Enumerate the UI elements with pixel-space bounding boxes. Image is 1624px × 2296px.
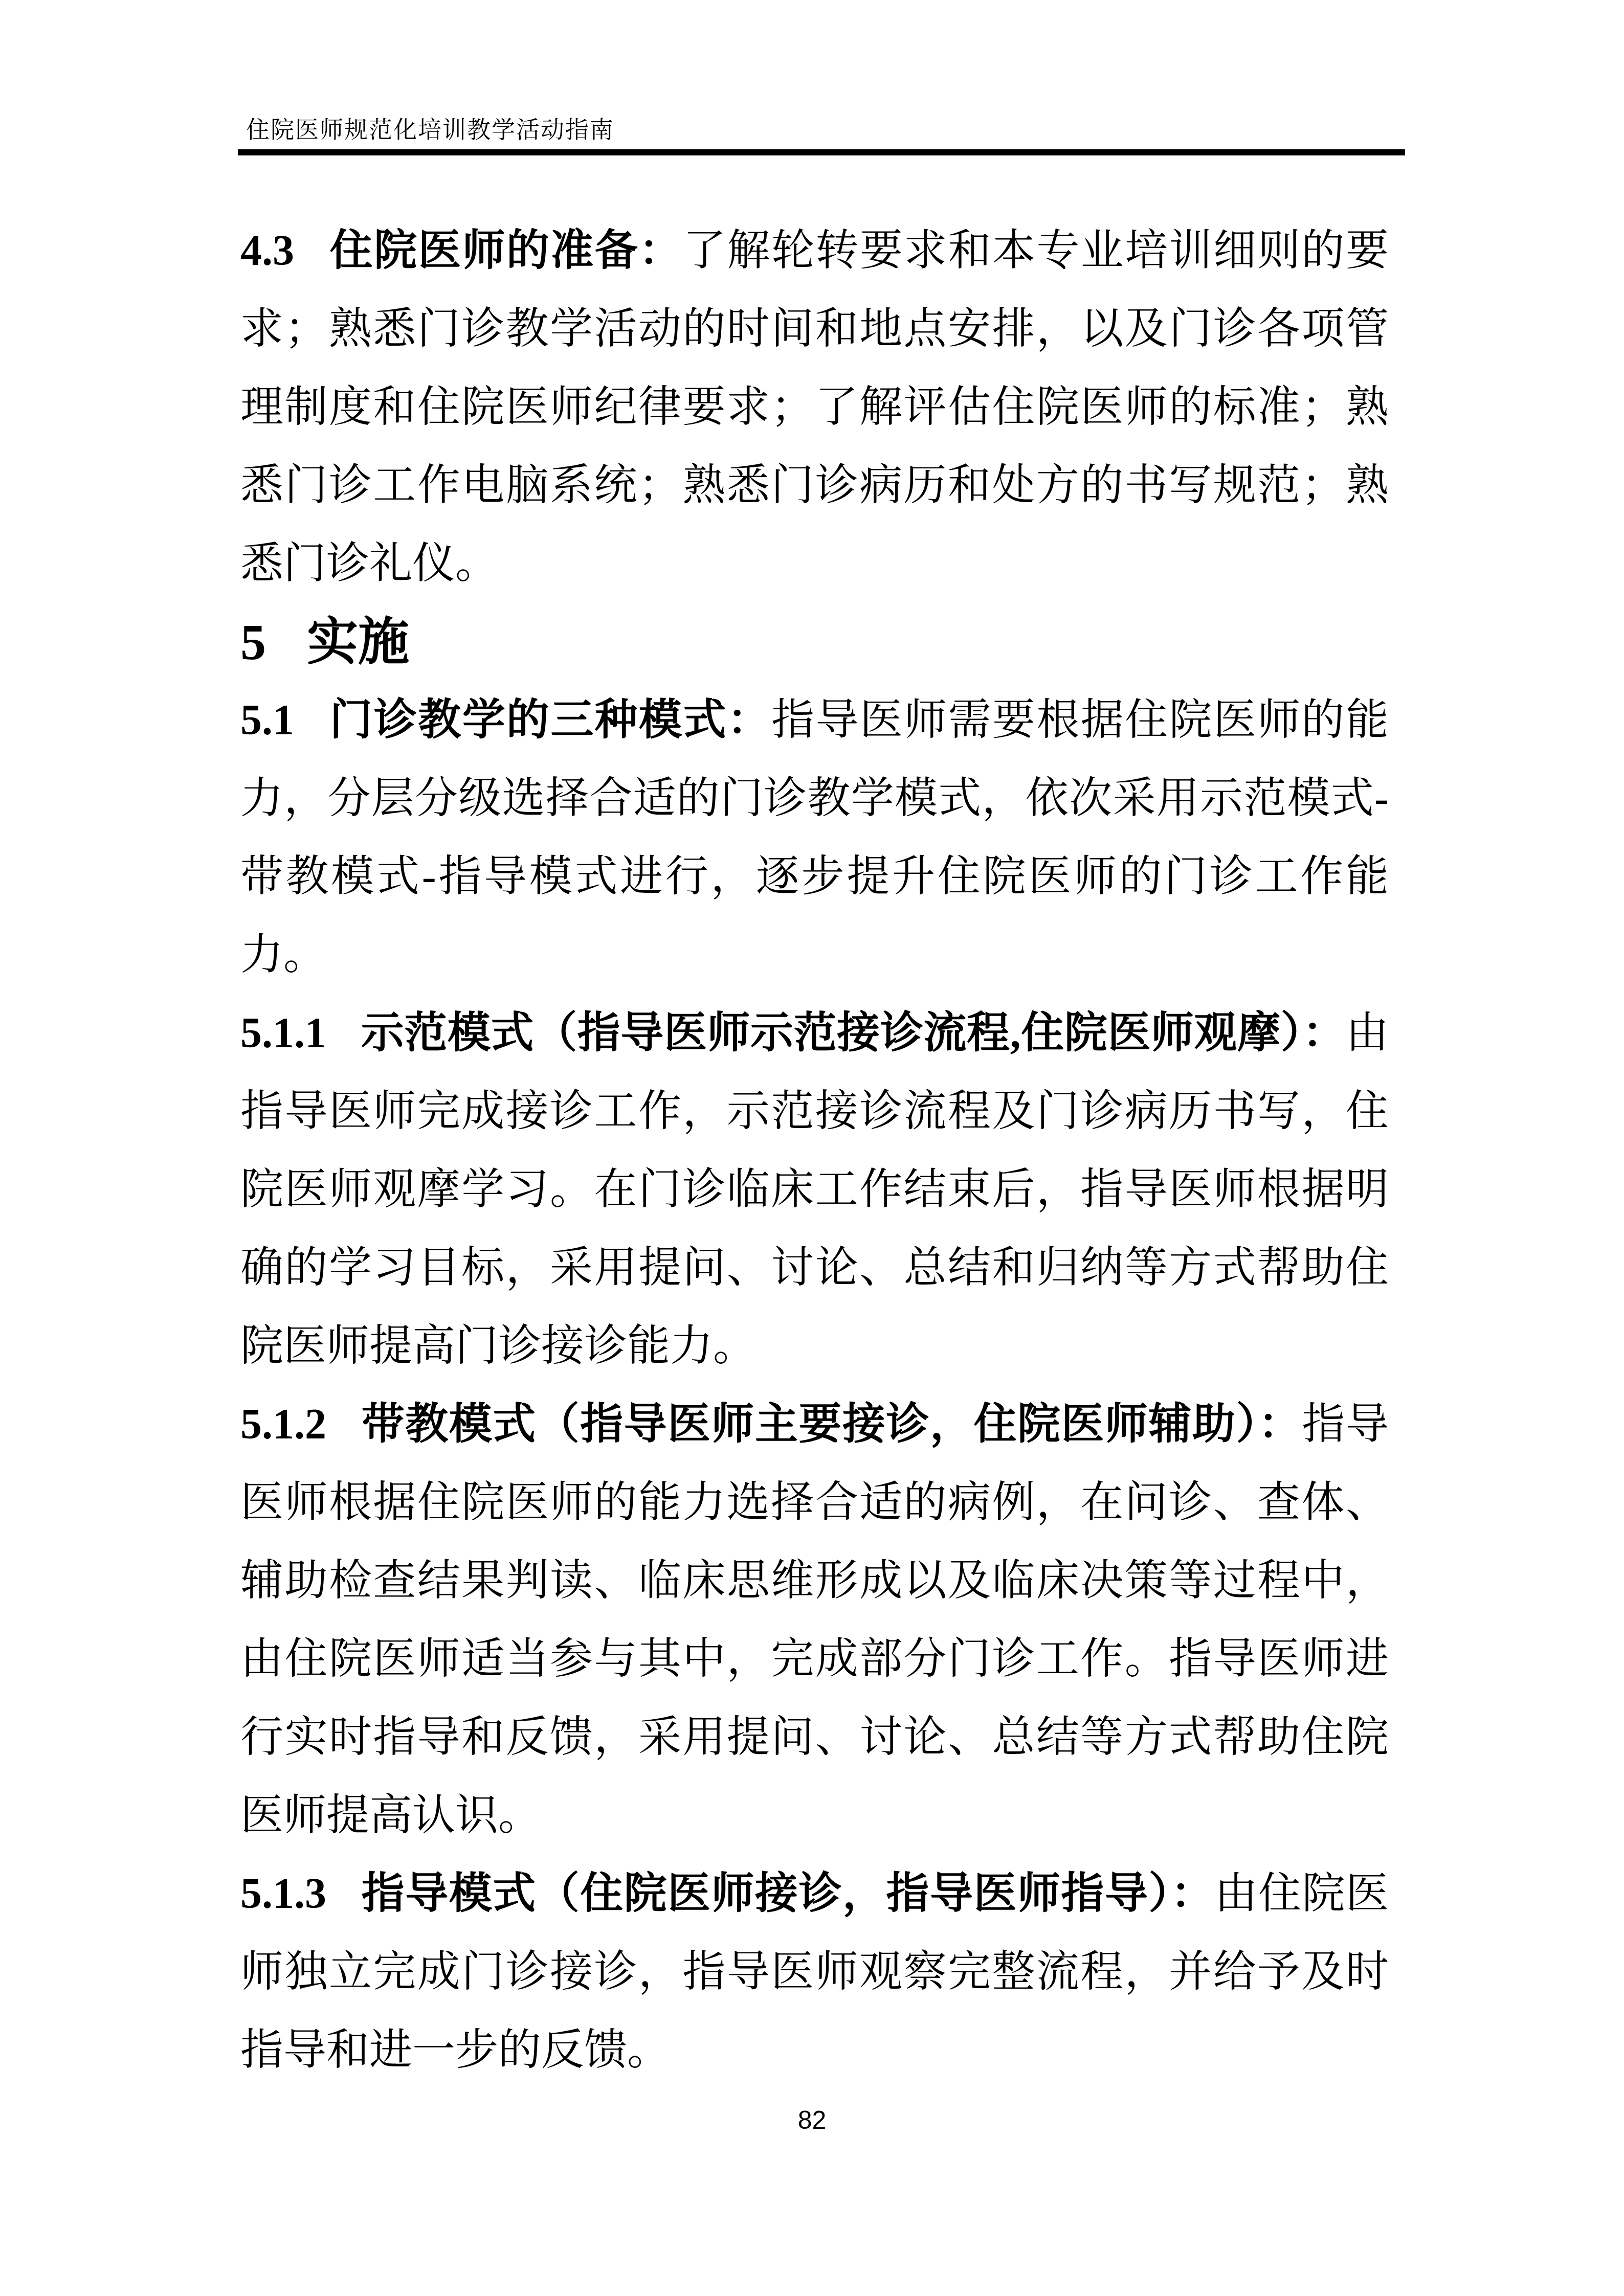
section-5-1-1-paragraph: 5.1.1示范模式（指导医师示范接诊流程,住院医师观摩）：由指导医师完成接诊工作…: [240, 994, 1389, 1385]
section-5-1-3-title: 指导模式（住院医师接诊，指导医师指导）：: [361, 1870, 1214, 1918]
document-footer: 82: [0, 2106, 1624, 2134]
section-5-1-1-body: 由指导医师完成接诊工作，示范接诊流程及门诊病历书写，住院医师观摩学习。在门诊临床…: [240, 1009, 1389, 1370]
document-header-title: 住院医师规范化培训教学活动指南: [246, 117, 614, 143]
section-5-1-3-paragraph: 5.1.3指导模式（住院医师接诊，指导医师指导）：由住院医师独立完成门诊接诊，指…: [240, 1855, 1389, 2089]
section-4-3-title: 住院医师的准备：: [328, 227, 683, 275]
section-5-1-title: 门诊教学的三种模式：: [328, 696, 771, 744]
section-5-number: 5: [240, 614, 266, 670]
section-5-1-paragraph: 5.1门诊教学的三种模式：指导医师需要根据住院医师的能力，分层分级选择合适的门诊…: [240, 681, 1389, 994]
document-body: 4.3住院医师的准备：了解轮转要求和本专业培训细则的要求；熟悉门诊教学活动的时间…: [240, 212, 1389, 2089]
section-5-1-3-number: 5.1.3: [240, 1870, 326, 1918]
section-5-heading: 5实施: [240, 603, 1389, 681]
section-5-1-number: 5.1: [240, 696, 294, 744]
document-page: { "colors": { "text": "#000000", "backgr…: [0, 0, 1624, 2296]
section-5-1-2-paragraph: 5.1.2带教模式（指导医师主要接诊，住院医师辅助）：指导医师根据住院医师的能力…: [240, 1385, 1389, 1855]
section-5-1-1-number: 5.1.1: [240, 1009, 326, 1057]
section-4-3-number: 4.3: [240, 227, 294, 275]
section-5-title: 实施: [307, 614, 409, 670]
header-divider: [238, 149, 1405, 155]
section-5-1-2-body: 指导医师根据住院医师的能力选择合适的病例，在问诊、查体、辅助检查结果判读、临床思…: [240, 1401, 1389, 1839]
page-number: 82: [798, 2106, 827, 2134]
section-5-1-2-title: 带教模式（指导医师主要接诊，住院医师辅助）：: [361, 1401, 1302, 1448]
section-4-3-body: 了解轮转要求和本专业培训细则的要求；熟悉门诊教学活动的时间和地点安排，以及门诊各…: [240, 227, 1389, 588]
section-5-1-1-title: 示范模式（指导医师示范接诊流程,住院医师观摩）：: [361, 1009, 1346, 1057]
document-header: 住院医师规范化培训教学活动指南: [246, 117, 614, 143]
section-5-1-2-number: 5.1.2: [240, 1401, 326, 1448]
section-4-3-paragraph: 4.3住院医师的准备：了解轮转要求和本专业培训细则的要求；熟悉门诊教学活动的时间…: [240, 212, 1389, 603]
